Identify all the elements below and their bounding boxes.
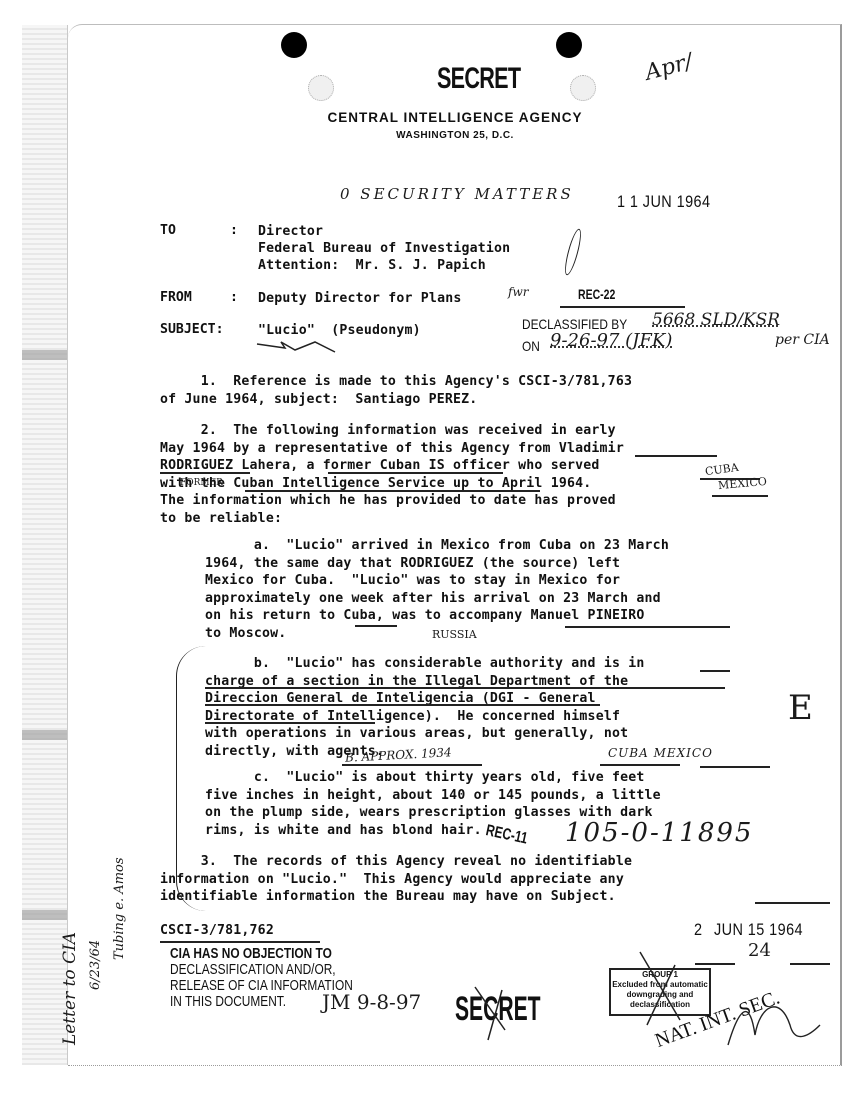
reference-underline bbox=[160, 941, 320, 943]
from-colon: : bbox=[230, 290, 238, 305]
text-line: c. "Lucio" is about thirty years old, fi… bbox=[205, 769, 661, 787]
stamp-line bbox=[790, 963, 830, 965]
date-stamp: 1 1 JUN 1964 bbox=[617, 192, 710, 212]
received-correction: 24 bbox=[748, 940, 771, 961]
text-line: May 1964 by a representative of this Age… bbox=[160, 440, 624, 458]
from-label: FROM bbox=[160, 290, 192, 305]
text-line: of June 1964, subject: Santiago PEREZ. bbox=[160, 391, 632, 409]
text-line: information on "Lucio." This Agency woul… bbox=[160, 871, 632, 889]
release-initials: JM 9-8-97 bbox=[322, 990, 421, 1014]
margin-note: Tubing e. Amos bbox=[112, 810, 127, 960]
handwritten-underline bbox=[635, 455, 717, 457]
handwritten-underline bbox=[700, 670, 730, 672]
subject-label: SUBJECT: bbox=[160, 322, 224, 337]
rec-stamp: REC-22 bbox=[578, 286, 615, 302]
to-line: Director bbox=[258, 223, 323, 241]
stamp-line-text: DECLASSIFICATION AND/OR, bbox=[170, 962, 353, 978]
cross-out-mark bbox=[470, 985, 510, 1045]
text-line: a. "Lucio" arrived in Mexico from Cuba o… bbox=[205, 537, 669, 555]
handwritten-underline bbox=[565, 626, 730, 628]
stamp-line-text: CIA HAS NO OBJECTION TO bbox=[170, 946, 353, 962]
handwritten-squiggle bbox=[255, 338, 345, 358]
to-line: Federal Bureau of Investigation bbox=[258, 240, 510, 258]
stamp-line bbox=[560, 306, 685, 308]
cross-out-mark bbox=[635, 950, 685, 1030]
paragraph-2b: b. "Lucio" has considerable authority an… bbox=[205, 655, 645, 760]
agency-address: WASHINGTON 25, D.C. bbox=[30, 130, 850, 141]
handwritten-underline bbox=[328, 472, 503, 474]
annotation-former: FORMER bbox=[180, 478, 223, 488]
punch-hole bbox=[281, 32, 307, 58]
handwritten-underline bbox=[355, 625, 397, 627]
text-line: 1964, the same day that RODRIGUEZ (the s… bbox=[205, 555, 669, 573]
declassified-on-label: ON bbox=[522, 338, 540, 354]
paragraph-2: 2. The following information was receive… bbox=[160, 422, 624, 527]
annotation-line bbox=[700, 766, 770, 768]
agency-letterhead: CENTRAL INTELLIGENCE AGENCY bbox=[30, 110, 850, 125]
stamp-line bbox=[695, 963, 735, 965]
punch-hole bbox=[556, 32, 582, 58]
reference-number: CSCI-3/781,762 bbox=[160, 922, 274, 940]
punch-hole-ghost bbox=[308, 75, 334, 101]
declassified-agency: per CIA bbox=[775, 332, 830, 348]
handwritten-signature bbox=[720, 995, 830, 1055]
annotation-cuba-mexico: CUBA MEXICO bbox=[608, 746, 713, 760]
text-line: 3. The records of this Agency reveal no … bbox=[160, 853, 632, 871]
text-line: The information which he has provided to… bbox=[160, 492, 624, 510]
text-line: with operations in various areas, but ge… bbox=[205, 725, 645, 743]
annotation-russia: RUSSIA bbox=[432, 628, 477, 641]
file-number: 105-0-11895 bbox=[565, 818, 753, 848]
text-line: 2. The following information was receive… bbox=[160, 422, 624, 440]
to-label: TO bbox=[160, 223, 176, 238]
text-line: 1. Reference is made to this Agency's CS… bbox=[160, 373, 632, 391]
to-line: Attention: Mr. S. J. Papich bbox=[258, 257, 486, 275]
handwritten-underline bbox=[245, 490, 540, 492]
declassified-on: 9-26-97 (JFK) bbox=[550, 330, 672, 351]
handwritten-underline bbox=[205, 704, 600, 706]
handwritten-file-note: 0 SECURITY MATTERS bbox=[340, 185, 574, 203]
classification-stamp-top: SECRET bbox=[437, 62, 520, 96]
annotation-line bbox=[712, 495, 768, 497]
margin-mark: E bbox=[788, 688, 813, 728]
received-stamp-prefix: 2 bbox=[694, 920, 702, 940]
handwritten-underline bbox=[205, 687, 725, 689]
paragraph-1: 1. Reference is made to this Agency's CS… bbox=[160, 373, 632, 408]
margin-note: Letter to CIA bbox=[60, 885, 80, 1045]
text-line: on his return to Cuba, was to accompany … bbox=[205, 607, 669, 625]
to-colon: : bbox=[230, 223, 238, 238]
text-line: Mexico for Cuba. "Lucio" was to stay in … bbox=[205, 572, 669, 590]
annotation-line bbox=[342, 764, 482, 766]
handwritten-underline bbox=[160, 472, 250, 474]
paragraph-3: 3. The records of this Agency reveal no … bbox=[160, 853, 632, 906]
text-line: identifiable information the Bureau may … bbox=[160, 888, 632, 906]
annotation-line bbox=[600, 764, 680, 766]
handwritten-underline bbox=[205, 722, 375, 724]
signature-line bbox=[755, 902, 830, 904]
text-line: five inches in height, about 140 or 145 … bbox=[205, 787, 661, 805]
declassified-by: 5668 SLD/KSR bbox=[652, 310, 780, 330]
text-line: b. "Lucio" has considerable authority an… bbox=[205, 655, 645, 673]
punch-hole-ghost bbox=[570, 75, 596, 101]
handwritten-initials: fwr bbox=[508, 285, 528, 299]
from-value: Deputy Director for Plans bbox=[258, 290, 462, 308]
subject-value: "Lucio" (Pseudonym) bbox=[258, 322, 421, 340]
text-line: to be reliable: bbox=[160, 510, 624, 528]
received-stamp: JUN 15 1964 bbox=[714, 920, 803, 940]
text-line: approximately one week after his arrival… bbox=[205, 590, 669, 608]
margin-note: 6/23/64 bbox=[88, 880, 103, 990]
